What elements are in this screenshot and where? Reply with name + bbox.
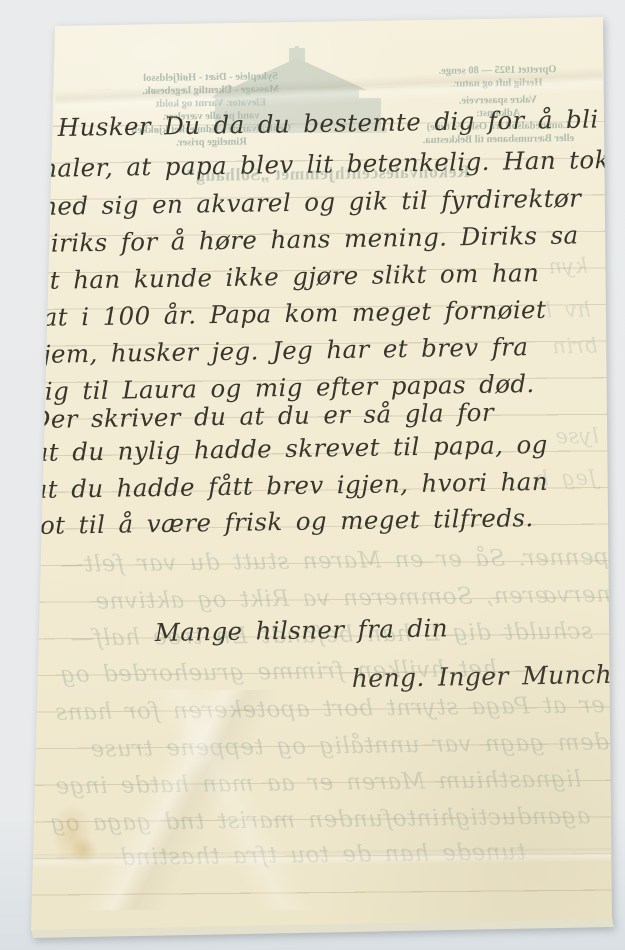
closing-line: Mange hilsner fra din <box>155 616 448 645</box>
bleedthrough-fragment: brin <box>552 336 598 358</box>
bleedthrough-line: tunede han de tou tfra thastind <box>120 841 526 870</box>
photo-of-letter: Sykepleie - Diæt - Høifjeldssol Massage … <box>0 0 625 950</box>
letter-line-9: Der skriver du at du er så gla for <box>31 401 495 433</box>
bleedthrough-fragment: hv l <box>545 300 591 322</box>
paper-stain <box>70 836 98 864</box>
paper-shadow-wrap: Sykepleie - Diæt - Høifjeldssol Massage … <box>0 0 625 950</box>
bleedthrough-fragment: kyn <box>548 256 588 278</box>
signature: heng. Inger Munch <box>352 662 613 691</box>
letterhead-right-line: Herlig luft og natur. <box>398 76 598 92</box>
bleedthrough-fragment: lyse <box>555 426 599 448</box>
letter-paper: Sykepleie - Diæt - Høifjeldssol Massage … <box>0 0 625 950</box>
